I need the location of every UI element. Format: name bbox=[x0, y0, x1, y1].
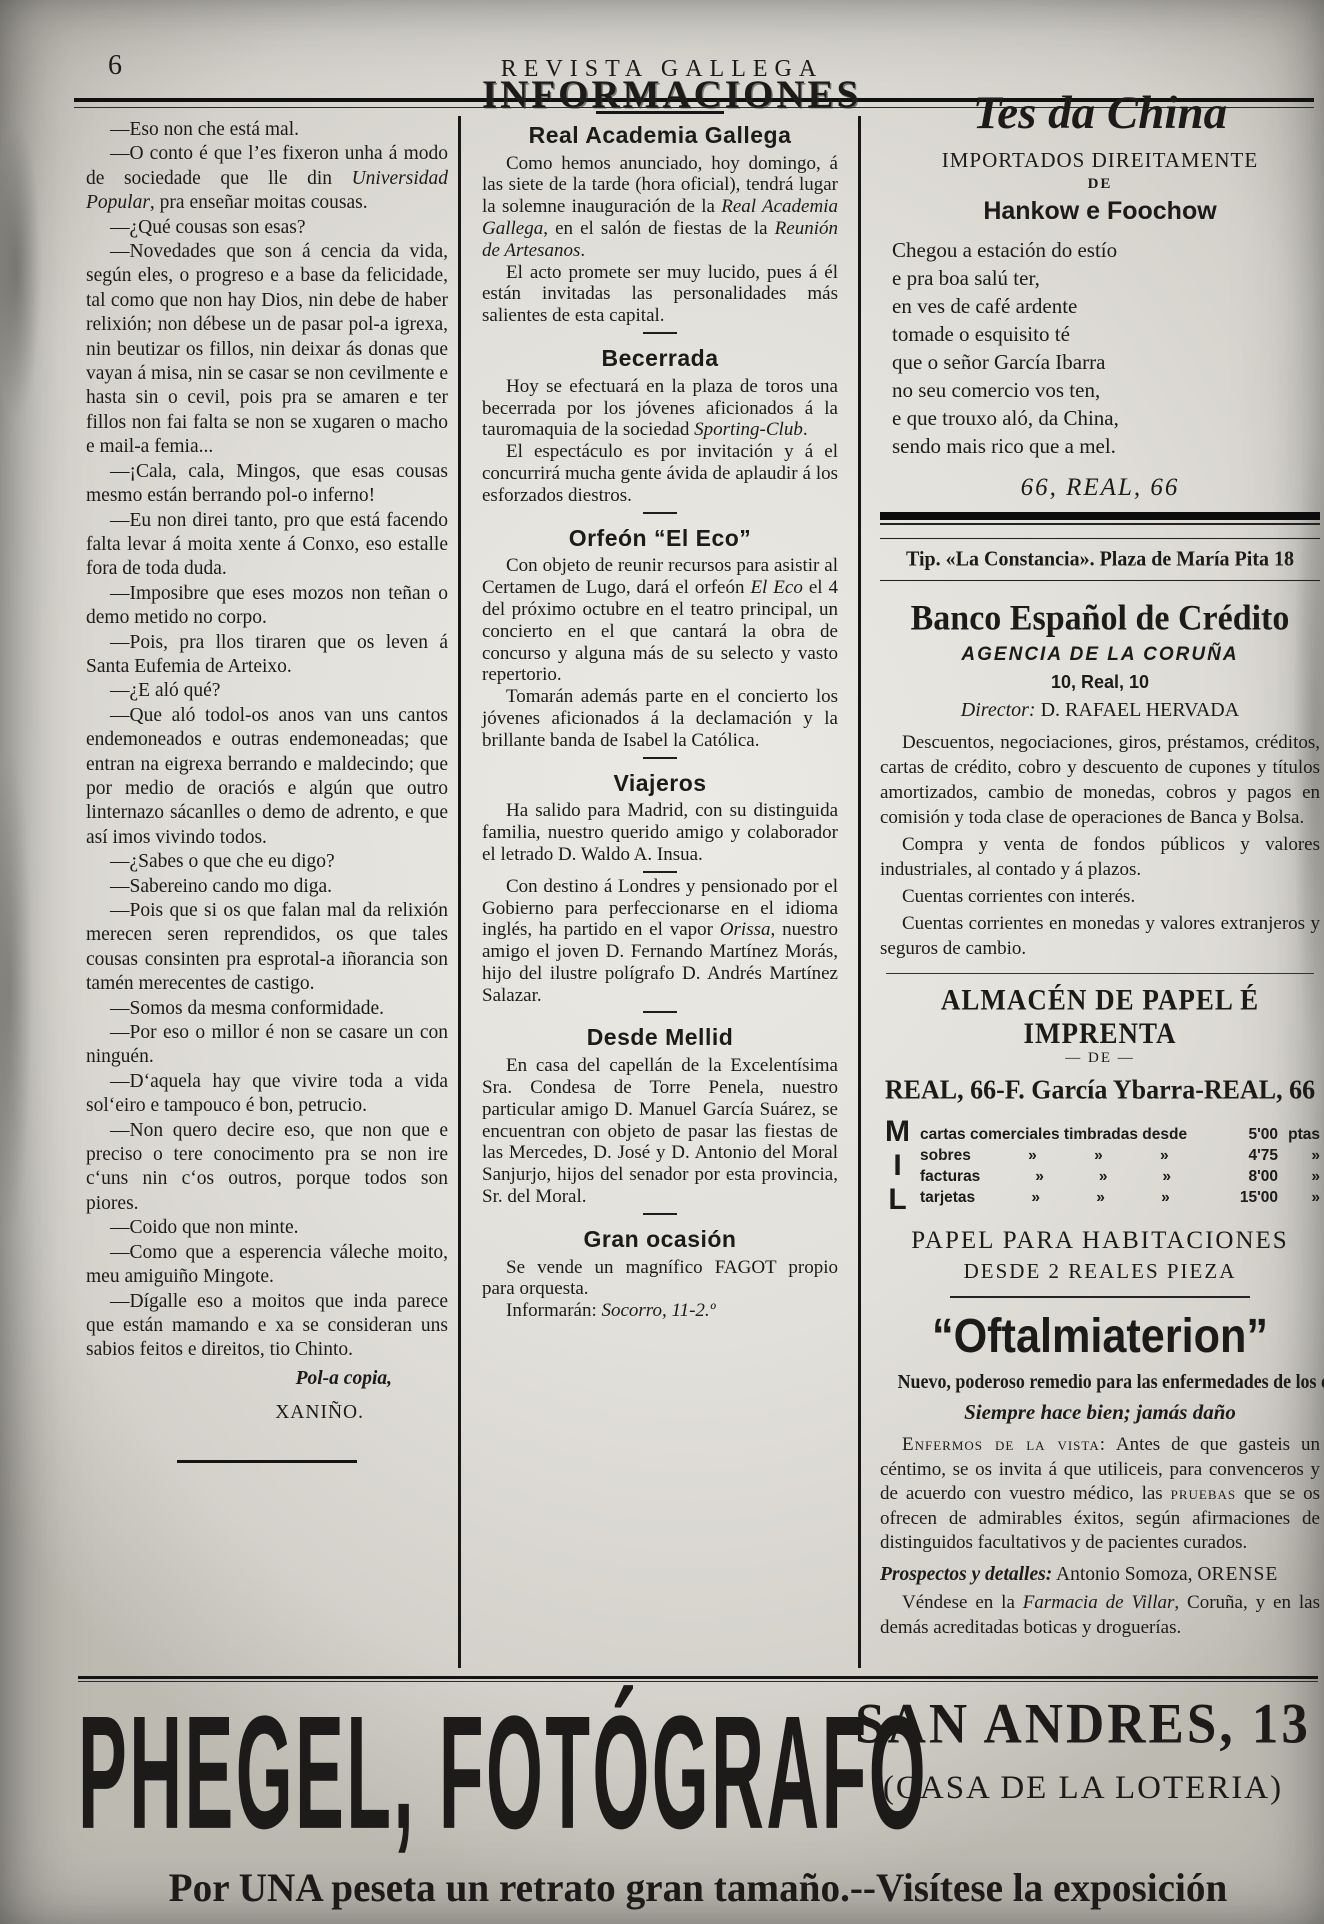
price-unit: ptas bbox=[1278, 1124, 1320, 1145]
poem-line: sendo mais rico que a mel. bbox=[880, 432, 1320, 460]
eye-ad-tagline1: Nuevo, poderoso remedio para las enferme… bbox=[898, 1372, 1303, 1394]
informaciones-body: Real Academia GallegaComo hemos anunciad… bbox=[482, 125, 838, 1322]
bank-ad-agency: AGENCIA DE LA CORUÑA bbox=[880, 644, 1320, 666]
bank-paragraph: Cuentas corrientes en monedas y valores … bbox=[880, 911, 1320, 961]
paragraph: —Como que a esperencia váleche moito, me… bbox=[86, 1241, 448, 1290]
thick-divider bbox=[880, 512, 1320, 525]
price-value: 5'00 bbox=[1226, 1124, 1278, 1145]
signature-label: Pol-a copia, bbox=[86, 1367, 448, 1391]
paragraph: El acto promete ser muy lucido, pues á é… bbox=[482, 262, 838, 327]
scan-artifact bbox=[0, 60, 52, 480]
director-name: D. RAFAEL HERVADA bbox=[1041, 699, 1240, 721]
paragraph: Con destino á Londres y pensionado por e… bbox=[482, 876, 838, 1007]
poem-line: no seu comercio vos ten, bbox=[880, 376, 1320, 404]
tea-ad: Tes da China IMPORTADOS DIREITAMENTE DE … bbox=[880, 86, 1320, 502]
section-heading: Real Academia Gallega bbox=[482, 125, 838, 147]
section-heading: Orfeón “El Eco” bbox=[482, 528, 838, 550]
paragraph: —Por eso o millor é non se casare un con… bbox=[86, 1021, 448, 1070]
article-separator bbox=[482, 1006, 838, 1016]
poem-line: que o señor García Ibarra bbox=[880, 348, 1320, 376]
bank-ad-address: 10, Real, 10 bbox=[880, 672, 1320, 693]
article-separator bbox=[482, 1208, 838, 1218]
ditto-mark: » bbox=[1162, 1166, 1171, 1187]
ditto-mark: » bbox=[1035, 1166, 1044, 1187]
paragraph: —Pois que si os que falan mal da relixió… bbox=[86, 899, 448, 997]
price-value: 15'00 bbox=[1226, 1187, 1278, 1208]
price-unit: » bbox=[1278, 1187, 1320, 1208]
signature-name: XANIÑO. bbox=[86, 1401, 448, 1425]
paragraph: —D‘aquela hay que vivire toda a vida sol… bbox=[86, 1070, 448, 1119]
paragraph: El espectáculo es por invitación y á el … bbox=[482, 441, 838, 506]
tea-ad-origin-line: Hankow e Foochow bbox=[880, 197, 1320, 226]
short-divider bbox=[950, 1296, 1250, 1298]
photographer-ad: PHEGEL, FOTÓGRAFO SAN ANDRES, 13 (CASA D… bbox=[78, 1676, 1318, 1911]
paragraph: —Novedades que son á cencia da vida, seg… bbox=[86, 240, 448, 460]
article-separator bbox=[482, 866, 838, 876]
price-row: sobres »»» 4'75 » bbox=[920, 1145, 1320, 1166]
paragraph: Se vende un magnífico FAGOT propio para … bbox=[482, 1257, 838, 1301]
paragraph: Ha salido para Madrid, con su distinguid… bbox=[482, 800, 838, 865]
bank-ad-title: Banco Español de Crédito bbox=[880, 599, 1320, 639]
paragraph: Hoy se efectuará en la plaza de toros un… bbox=[482, 376, 838, 441]
paragraph: —¡Cala, cala, Mingos, que esas cousas me… bbox=[86, 460, 448, 509]
column-divider bbox=[858, 116, 861, 1668]
poem-line: e pra boa salú ter, bbox=[880, 264, 1320, 292]
paragraph: En casa del capellán de la Excelentísima… bbox=[482, 1055, 838, 1208]
section-heading: Viajeros bbox=[482, 773, 838, 795]
paragraph: Con objeto de reunir recursos para asist… bbox=[482, 555, 838, 686]
ditto-mark: » bbox=[1161, 1187, 1170, 1208]
paragraph: —Dígalle eso a moitos que inda parece qu… bbox=[86, 1290, 448, 1363]
price-row: cartas comerciales timbradas desde 5'00 … bbox=[920, 1124, 1320, 1145]
eye-ad-body2: Véndese en la Farmacia de Villar, Coruña… bbox=[880, 1591, 1320, 1640]
mil-word: MIL bbox=[882, 1115, 912, 1217]
tea-ad-imports-line: IMPORTADOS DIREITAMENTE bbox=[880, 148, 1320, 173]
paragraph: —¿Qué cousas son esas? bbox=[86, 216, 448, 240]
poem-line: en ves de café ardente bbox=[880, 292, 1320, 320]
bank-paragraph: Cuentas corrientes con interés. bbox=[880, 884, 1320, 909]
end-of-article-rule bbox=[177, 1460, 357, 1463]
column-informaciones: INFORMACIONES Real Academia GallegaComo … bbox=[482, 84, 838, 1322]
ditto-mark: » bbox=[1031, 1187, 1040, 1208]
print-shop-papel-line: PAPEL PARA HABITACIONES bbox=[880, 1227, 1320, 1255]
eye-ad-tagline2: Siempre hace bien; jamás daño bbox=[880, 1400, 1320, 1425]
eye-ad-title: “Oftalmiaterion” bbox=[889, 1308, 1311, 1364]
ditto-mark: » bbox=[1028, 1145, 1037, 1166]
ditto-mark: » bbox=[1094, 1145, 1103, 1166]
column-advertisements: Tes da China IMPORTADOS DIREITAMENTE DE … bbox=[880, 84, 1320, 1644]
paragraph: —Imposibre que eses mozos non teñan o de… bbox=[86, 582, 448, 631]
tea-ad-poem: Chegou a estación do estíoe pra boa salú… bbox=[880, 236, 1320, 460]
article-separator bbox=[482, 752, 838, 762]
poem-line: Chegou a estación do estío bbox=[880, 236, 1320, 264]
photographer-address: SAN ANDRES, 13 bbox=[848, 1692, 1318, 1757]
price-table: MIL cartas comerciales timbradas desde 5… bbox=[880, 1115, 1320, 1217]
eye-ad-body: Enfermos de la vista: Antes de que gaste… bbox=[880, 1433, 1320, 1556]
bottom-rule bbox=[78, 1676, 1318, 1679]
tea-ad-title: Tes da China bbox=[880, 86, 1320, 140]
price-rows: cartas comerciales timbradas desde 5'00 … bbox=[920, 1124, 1320, 1208]
article-separator bbox=[482, 327, 838, 337]
bank-paragraph: Compra y venta de fondos públicos y valo… bbox=[880, 832, 1320, 882]
paragraph: —¿E aló qué? bbox=[86, 679, 448, 703]
scan-artifact bbox=[0, 640, 42, 1340]
bank-ad: Banco Español de Crédito AGENCIA DE LA C… bbox=[880, 600, 1320, 961]
paragraph: —Eso non che está mal. bbox=[86, 118, 448, 142]
bank-ad-director: Director: D. RAFAEL HERVADA bbox=[880, 699, 1320, 722]
eye-ad-prospectos: Prospectos y detalles: Antonio Somoza, O… bbox=[880, 1562, 1320, 1587]
tea-ad-address: 66, REAL, 66 bbox=[880, 474, 1320, 502]
article-separator bbox=[482, 507, 838, 517]
column-divider bbox=[458, 116, 461, 1668]
photographer-slogan: Por UNA peseta un retrato gran tamaño.--… bbox=[90, 1864, 1305, 1911]
paragraph: —O conto é que l’es fixeron unha á modo … bbox=[86, 142, 448, 215]
ditto-mark: » bbox=[1096, 1187, 1105, 1208]
print-shop-ad: ALMACÉN DE PAPEL É IMPRENTA — DE — REAL,… bbox=[880, 986, 1320, 1284]
price-item: tarjetas bbox=[920, 1187, 975, 1208]
paragraph: —Que aló todol-os anos van uns cantos en… bbox=[86, 704, 448, 850]
paragraph: —Sabereino cando mo diga. bbox=[86, 875, 448, 899]
price-item: sobres bbox=[920, 1145, 971, 1166]
printer-imprint-line: Tip. «La Constancia». Plaza de María Pit… bbox=[880, 538, 1320, 581]
price-row: facturas »»» 8'00 » bbox=[920, 1166, 1320, 1187]
section-heading: Gran ocasión bbox=[482, 1229, 838, 1251]
price-item: cartas comerciales timbradas desde bbox=[920, 1124, 1187, 1145]
price-value: 8'00 bbox=[1226, 1166, 1278, 1187]
director-label: Director: bbox=[961, 699, 1036, 721]
paragraph: —Non quero decire eso, que non que e pre… bbox=[86, 1119, 448, 1217]
bank-ad-body: Descuentos, negociaciones, giros, présta… bbox=[880, 730, 1320, 961]
section-heading: Becerrada bbox=[482, 348, 838, 370]
ditto-mark: » bbox=[1160, 1145, 1169, 1166]
price-row: tarjetas »»» 15'00 » bbox=[920, 1187, 1320, 1208]
eye-remedy-ad: “Oftalmiaterion” Nuevo, poderoso remedio… bbox=[880, 1310, 1320, 1640]
informaciones-title: INFORMACIONES bbox=[482, 84, 838, 106]
photographer-name-wrap: PHEGEL, FOTÓGRAFO bbox=[78, 1692, 848, 1860]
price-unit: » bbox=[1278, 1166, 1320, 1187]
tea-ad-de-line: DE bbox=[880, 176, 1320, 193]
photographer-name: PHEGEL, FOTÓGRAFO bbox=[78, 1680, 928, 1865]
ditto-mark: » bbox=[1099, 1166, 1108, 1187]
price-unit: » bbox=[1278, 1145, 1320, 1166]
paragraph: —Pois, pra llos tiraren que os leven á S… bbox=[86, 631, 448, 680]
paragraph: Como hemos anunciado, hoy domingo, á las… bbox=[482, 153, 838, 262]
paragraph: Informarán: Socorro, 11-2.º bbox=[482, 1300, 838, 1322]
poem-line: e que trouxo aló, da China, bbox=[880, 404, 1320, 432]
print-shop-de-line: — DE — bbox=[880, 1050, 1320, 1067]
paragraph: Tomarán además parte en el concierto los… bbox=[482, 686, 838, 751]
newspaper-page: 6 REVISTA GALLEGA —Eso non che está mal.… bbox=[0, 0, 1324, 1924]
paragraph: —Somos da mesma conformidade. bbox=[86, 997, 448, 1021]
section-heading: Desde Mellid bbox=[482, 1027, 838, 1049]
column-dialogue-article: —Eso non che está mal.—O conto é que l’e… bbox=[86, 118, 448, 1463]
print-shop-desde-line: DESDE 2 REALES PIEZA bbox=[880, 1259, 1320, 1284]
poem-line: tomade o esquisito té bbox=[880, 320, 1320, 348]
price-value: 4'75 bbox=[1226, 1145, 1278, 1166]
print-shop-address: REAL, 66-F. García Ybarra-REAL, 66 bbox=[880, 1074, 1320, 1106]
thin-divider bbox=[886, 973, 1314, 974]
paragraph: —Coido que non minte. bbox=[86, 1216, 448, 1240]
bank-paragraph: Descuentos, negociaciones, giros, présta… bbox=[880, 730, 1320, 830]
price-item: facturas bbox=[920, 1166, 980, 1187]
paragraph: —¿Sabes o que che eu digo? bbox=[86, 850, 448, 874]
print-shop-title: ALMACÉN DE PAPEL É IMPRENTA bbox=[880, 984, 1320, 1051]
paragraph: —Eu non direi tanto, pro que está facend… bbox=[86, 509, 448, 582]
